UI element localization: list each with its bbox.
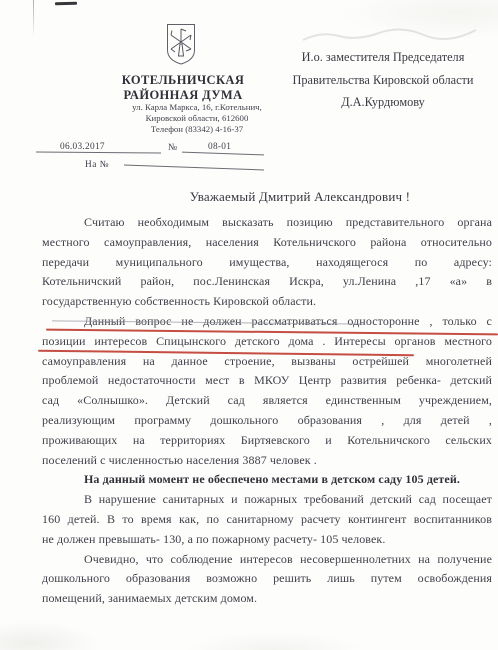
body-line: сад «Солнышко». Детский сад является еди… xyxy=(42,391,492,411)
body-line: государственную собственность Кировской … xyxy=(42,292,492,312)
org-name-line: КОТЕЛЬНИЧСКАЯ xyxy=(88,73,278,88)
scan-smudge-artifact xyxy=(298,26,488,48)
windmill-shield-icon xyxy=(165,22,197,66)
body-line: проживающих на территориях Биртяевского … xyxy=(42,431,492,451)
recipient-line: Д.А.Курдюмову xyxy=(276,91,490,114)
body-line: самоуправления на данное строение, вызва… xyxy=(42,352,492,372)
body-line: позиции интересов Спицынского детского д… xyxy=(42,332,492,352)
body-line: помещений, занимаемых детским домом. xyxy=(42,589,492,609)
body-line: На данный момент не обеспечено местами в… xyxy=(42,470,492,490)
body-line: Данный вопрос не должен рассматриваться … xyxy=(42,312,492,332)
org-address-line: Кировской области, 612600 xyxy=(92,113,302,124)
letter-number: 08-01 xyxy=(208,142,231,152)
letter-body: Считаю необходимым высказать позицию пре… xyxy=(42,213,492,609)
body-line: реализующим программу дошкольного образо… xyxy=(42,411,492,431)
recipient-line: Правительства Кировской области xyxy=(276,69,490,92)
body-line: проблемой недостаточности мест в МКОУ Це… xyxy=(42,371,492,391)
greeting-line: Уважаемый Дмитрий Александрович ! xyxy=(110,189,490,205)
body-line: передачи муниципального имущества, наход… xyxy=(42,253,492,273)
org-address: ул. Карла Маркса, 16, г.Котельнич,Кировс… xyxy=(92,102,302,135)
reply-to-number-label: На № xyxy=(85,160,109,170)
body-line: Считаю необходимым высказать позицию пре… xyxy=(42,213,492,233)
recipient-line: И.о. заместителя Председателя xyxy=(276,46,490,69)
scan-dash-artifact xyxy=(55,2,77,6)
body-line: Очевидно, что соблюдение интересов несов… xyxy=(42,550,492,570)
body-line: В нарушение санитарных и пожарных требов… xyxy=(42,490,492,510)
body-line: Котельничский район, пос.Ленинская Искра… xyxy=(42,272,492,292)
org-name: КОТЕЛЬНИЧСКАЯРАЙОННАЯ ДУМА xyxy=(88,73,278,102)
org-address-line: Телефон (83342) 4-16-37 xyxy=(92,124,302,135)
body-line: 160 детей. В то время как, по санитарном… xyxy=(42,510,492,530)
body-line: местного самоуправления, населения Котел… xyxy=(42,233,492,253)
org-name-line: РАЙОННАЯ ДУМА xyxy=(88,88,278,103)
scanned-letter-page: КОТЕЛЬНИЧСКАЯРАЙОННАЯ ДУМА ул. Карла Мар… xyxy=(0,0,498,650)
reply-number-underline xyxy=(124,165,264,171)
scan-fold-line-artifact xyxy=(33,0,34,38)
body-line: дошкольного образования возможно решить … xyxy=(42,569,492,589)
body-line: поселений с численностью населения 3887 … xyxy=(42,451,492,471)
recipient-block: И.о. заместителя ПредседателяПравительст… xyxy=(276,46,490,114)
body-line: не должен превышать- 130, а по пожарному… xyxy=(42,530,492,550)
date-underline xyxy=(36,151,161,153)
org-address-line: ул. Карла Маркса, 16, г.Котельнич, xyxy=(92,102,302,113)
kotelnich-coat-of-arms xyxy=(165,22,197,71)
letter-date: 06.03.2017 xyxy=(60,142,105,152)
number-sign: № xyxy=(168,143,177,153)
